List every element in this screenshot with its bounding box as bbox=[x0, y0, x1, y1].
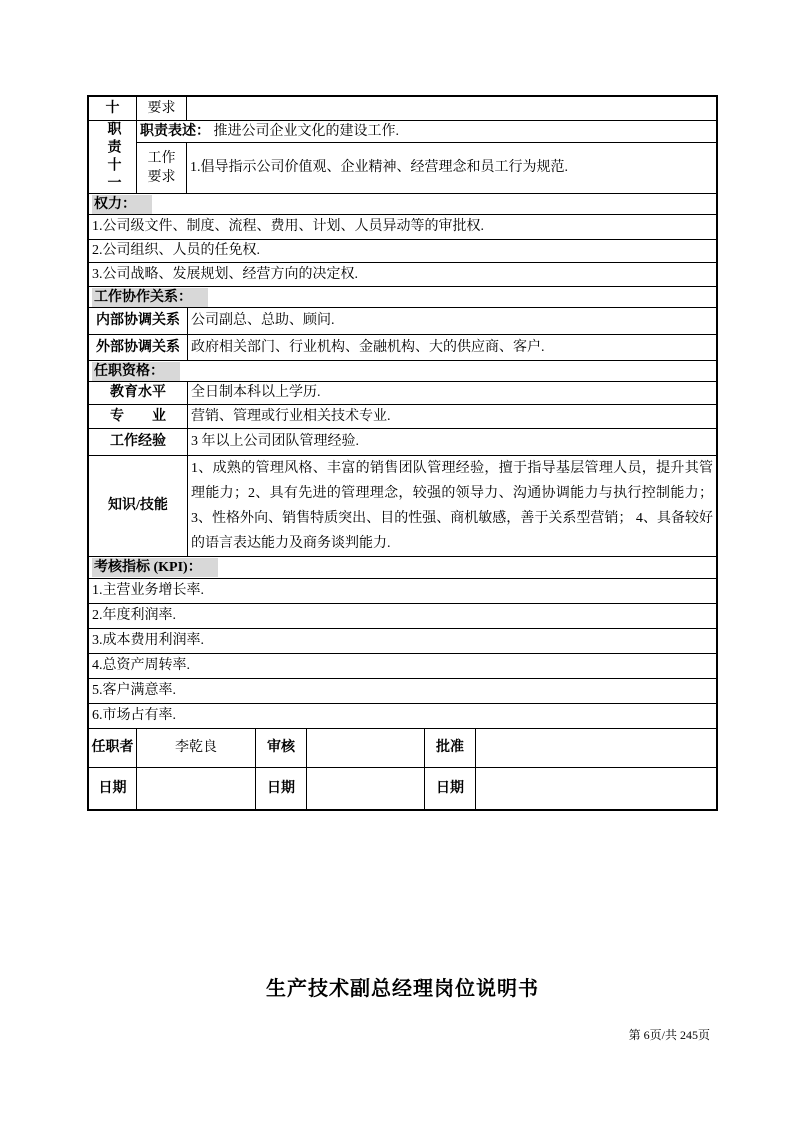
work-req-label: 工作要求 bbox=[147, 149, 177, 187]
power-item-row: 1.公司级文件、制度、流程、费用、计划、人员异动等的审批权. bbox=[89, 215, 716, 240]
document-page: 十 要求 职责十一 职责表述： 推进公司企业文化的建设工作. 工作要求 1 bbox=[0, 0, 793, 1122]
collab-header-row: 工作协作关系： bbox=[89, 287, 716, 308]
experience-label: 工作经验 bbox=[89, 429, 188, 455]
duty11-right: 职责表述： 推进公司企业文化的建设工作. 工作要求 1.倡导指示公司价值观、企业… bbox=[137, 121, 716, 193]
approver-name bbox=[476, 729, 716, 767]
duty11-index-cell: 职责十一 bbox=[89, 121, 137, 193]
approver-label: 批准 bbox=[425, 729, 476, 767]
duty-desc-label: 职责表述： bbox=[140, 123, 210, 141]
internal-relation-label: 内部协调关系 bbox=[89, 308, 188, 334]
reviewer-name bbox=[307, 729, 425, 767]
duty11-block: 职责十一 职责表述： 推进公司企业文化的建设工作. 工作要求 1.倡导指示公司价… bbox=[89, 121, 716, 194]
duty11-workreq-row: 工作要求 1.倡导指示公司价值观、企业精神、经营理念和员工行为规范. bbox=[137, 143, 716, 193]
skills-text: 1、成熟的管理风格、丰富的销售团队管理经验，擅于指导基层管理人员，提升其管理能力… bbox=[191, 456, 713, 556]
next-section-title: 生产技术副总经理岗位说明书 bbox=[87, 972, 718, 1001]
kpi-item-2: 2.年度利润率. bbox=[89, 604, 716, 628]
kpi-item-row: 4.总资产周转率. bbox=[89, 654, 716, 679]
collab-header: 工作协作关系： bbox=[92, 288, 208, 307]
continuation-row: 十 要求 bbox=[89, 97, 716, 121]
kpi-item-4: 4.总资产周转率. bbox=[89, 654, 716, 678]
education-label: 教育水平 bbox=[89, 382, 188, 404]
internal-relation-text: 公司副总、总助、顾问. bbox=[188, 308, 716, 334]
incumbent-date bbox=[137, 768, 256, 809]
incumbent-name: 李乾良 bbox=[137, 729, 256, 767]
power-item-1: 1.公司级文件、制度、流程、费用、计划、人员异动等的审批权. bbox=[89, 215, 716, 239]
kpi-header-row: 考核指标 (KPI)： bbox=[89, 557, 716, 579]
page-number: 第 6页/共 245页 bbox=[87, 1026, 710, 1043]
approve-date-label: 日期 bbox=[425, 768, 476, 809]
power-item-3: 3.公司战略、发展规划、经营方向的决定权. bbox=[89, 263, 716, 286]
approve-date bbox=[476, 768, 716, 809]
major-row: 专 业 营销、管理或行业相关技术专业. bbox=[89, 405, 716, 429]
incumbent-label: 任职者 bbox=[89, 729, 137, 767]
major-label: 专 业 bbox=[89, 405, 188, 428]
education-text: 全日制本科以上学历. bbox=[188, 382, 716, 404]
major-text: 营销、管理或行业相关技术专业. bbox=[188, 405, 716, 428]
power-header-row: 权力： bbox=[89, 194, 716, 215]
skills-row: 知识/技能 1、成熟的管理风格、丰富的销售团队管理经验，擅于指导基层管理人员，提… bbox=[89, 456, 716, 557]
duty11-desc-row: 职责表述： 推进公司企业文化的建设工作. bbox=[137, 121, 716, 143]
external-relation-text: 政府相关部门、行业机构、金融机构、大的供应商、客户. bbox=[188, 335, 716, 360]
qualification-header-row: 任职资格： bbox=[89, 361, 716, 382]
work-req-label-cell: 工作要求 bbox=[137, 143, 187, 193]
power-item-row: 2.公司组织、人员的任免权. bbox=[89, 240, 716, 263]
kpi-item-3: 3.成本费用利润率. bbox=[89, 629, 716, 653]
kpi-item-row: 3.成本费用利润率. bbox=[89, 629, 716, 654]
collab-external-row: 外部协调关系 政府相关部门、行业机构、金融机构、大的供应商、客户. bbox=[89, 335, 716, 361]
job-description-table: 十 要求 职责十一 职责表述： 推进公司企业文化的建设工作. 工作要求 1 bbox=[87, 95, 718, 811]
duty11-index-label: 职责十一 bbox=[104, 121, 122, 193]
kpi-item-row: 2.年度利润率. bbox=[89, 604, 716, 629]
date-row: 日期 日期 日期 bbox=[89, 768, 716, 809]
kpi-item-1: 1.主营业务增长率. bbox=[89, 579, 716, 603]
incumbent-date-label: 日期 bbox=[89, 768, 137, 809]
duty-desc-text: 推进公司企业文化的建设工作. bbox=[214, 123, 400, 141]
review-date-label: 日期 bbox=[256, 768, 307, 809]
signature-row: 任职者 李乾良 审核 批准 bbox=[89, 729, 716, 768]
work-req-text: 1.倡导指示公司价值观、企业精神、经营理念和员工行为规范. bbox=[187, 143, 716, 193]
power-item-2: 2.公司组织、人员的任免权. bbox=[89, 240, 716, 262]
kpi-item-row: 1.主营业务增长率. bbox=[89, 579, 716, 604]
kpi-header: 考核指标 (KPI)： bbox=[92, 558, 218, 577]
kpi-item-5: 5.客户满意率. bbox=[89, 679, 716, 703]
qualification-header: 任职资格： bbox=[92, 362, 180, 381]
reviewer-label: 审核 bbox=[256, 729, 307, 767]
duty-index-continued: 十 bbox=[89, 97, 137, 120]
kpi-item-6: 6.市场占有率. bbox=[89, 704, 716, 728]
collab-internal-row: 内部协调关系 公司副总、总助、顾问. bbox=[89, 308, 716, 335]
experience-row: 工作经验 3 年以上公司团队管理经验. bbox=[89, 429, 716, 456]
external-relation-label: 外部协调关系 bbox=[89, 335, 188, 360]
review-date bbox=[307, 768, 425, 809]
power-item-row: 3.公司战略、发展规划、经营方向的决定权. bbox=[89, 263, 716, 287]
kpi-item-row: 5.客户满意率. bbox=[89, 679, 716, 704]
education-row: 教育水平 全日制本科以上学历. bbox=[89, 382, 716, 405]
skills-label: 知识/技能 bbox=[89, 456, 188, 556]
experience-text: 3 年以上公司团队管理经验. bbox=[188, 429, 716, 455]
kpi-item-row: 6.市场占有率. bbox=[89, 704, 716, 729]
power-header: 权力： bbox=[92, 195, 152, 214]
continuation-content bbox=[187, 97, 716, 120]
work-req-label-continued: 要求 bbox=[137, 97, 187, 120]
